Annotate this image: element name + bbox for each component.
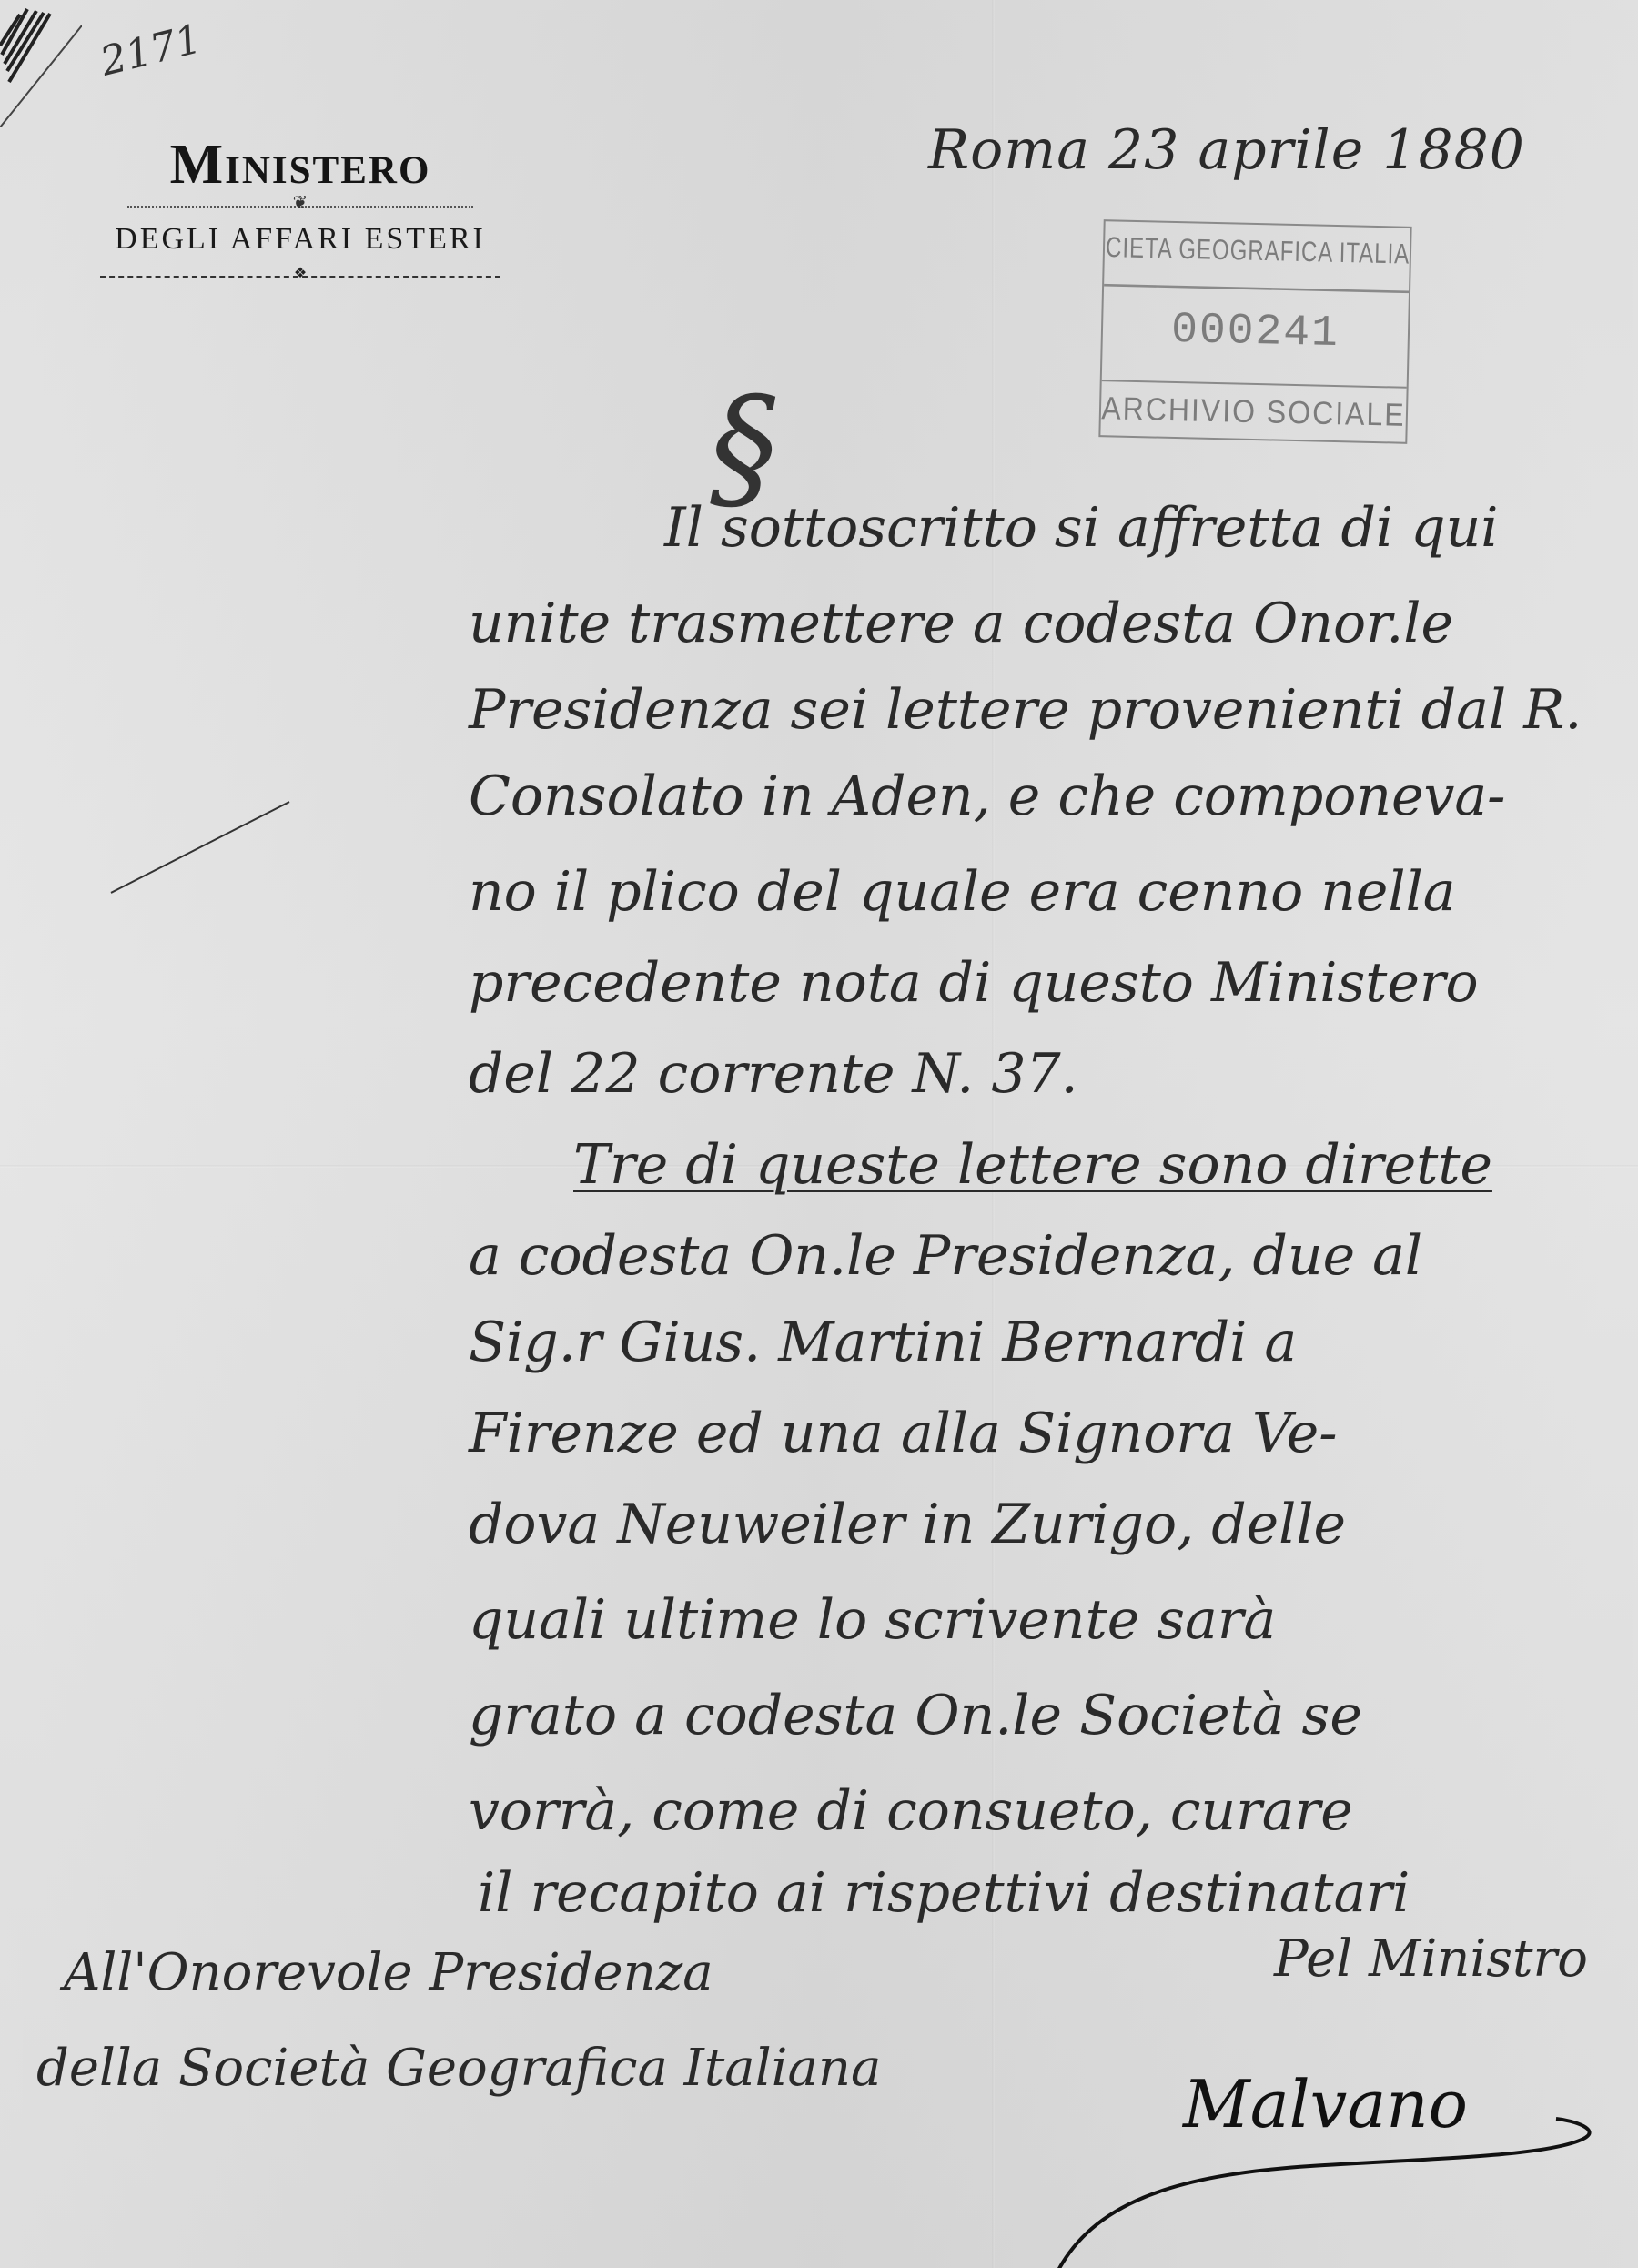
body-line: grato a codesta On.le Società se xyxy=(469,1684,1362,1747)
stamp-number: 000241 xyxy=(1102,278,1410,389)
letterhead: Ministero DEGLI AFFARI ESTERI xyxy=(64,137,537,284)
closing: Pel Ministro xyxy=(1274,1929,1588,1989)
body-line: Sig.r Gius. Martini Bernardi a xyxy=(469,1311,1297,1374)
body-line: del 22 corrente N. 37. xyxy=(469,1042,1078,1106)
body-line: quali ultime lo scrivente sarà xyxy=(469,1588,1276,1652)
letterhead-subtitle: DEGLI AFFARI ESTERI xyxy=(64,222,537,257)
ornament-rule-icon xyxy=(100,269,500,284)
addressee-line: All'Onorevole Presidenza xyxy=(64,1943,713,2002)
body-line: Presidenza sei lettere provenienti dal R… xyxy=(469,678,1582,742)
corner-scribble-icon xyxy=(0,0,82,127)
body-line: a codesta On.le Presidenza, due al xyxy=(469,1224,1422,1288)
date-line: Roma 23 aprile 1880 xyxy=(928,118,1525,182)
stamp-society: SOCIETA GEOGRAFICA ITALIANA xyxy=(1104,213,1410,293)
ornament-divider-icon xyxy=(127,198,473,215)
body-line: precedente nota di questo Ministero xyxy=(469,951,1479,1015)
stamp-archive: ARCHIVIO SOCIALE xyxy=(1100,379,1406,443)
addressee-line: della Società Geografica Italiana xyxy=(36,2039,881,2098)
body-line: il recapito ai rispettivi destinatari xyxy=(478,1861,1410,1925)
body-line: vorrà, come di consueto, curare xyxy=(469,1779,1353,1843)
body-line: Il sottoscritto si affretta di qui xyxy=(664,496,1498,560)
archive-number: 2171 xyxy=(96,15,206,86)
body-line-underlined: Tre di queste lettere sono dirette xyxy=(573,1133,1492,1197)
body-line: no il plico del quale era cenno nella xyxy=(469,860,1456,924)
body-line: unite trasmettere a codesta Onor.le xyxy=(469,592,1453,655)
margin-slash-icon xyxy=(111,801,290,894)
signature-flourish-icon xyxy=(1037,2102,1602,2268)
body-line: dova Neuweiler in Zurigo, delle xyxy=(469,1493,1346,1556)
archive-stamp: SOCIETA GEOGRAFICA ITALIANA 000241 ARCHI… xyxy=(1098,219,1411,444)
letterhead-title: Ministero xyxy=(64,137,537,193)
body-line: Consolato in Aden, e che componeva- xyxy=(469,764,1505,828)
body-line: Firenze ed una alla Signora Ve- xyxy=(469,1402,1338,1465)
